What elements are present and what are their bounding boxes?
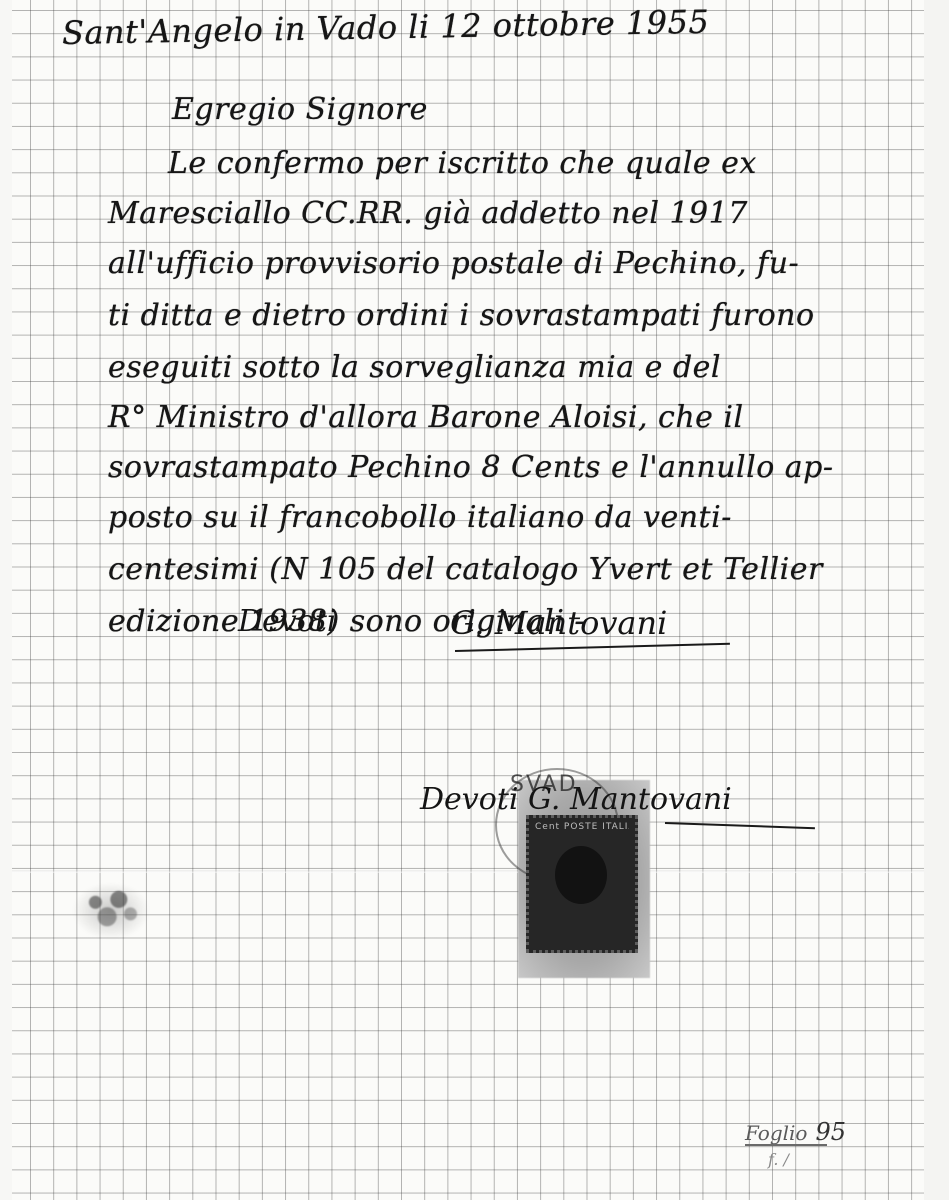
body-line-6: R° Ministro d'allora Barone Aloisi, che … (108, 400, 744, 435)
signature: G. Mantovani (450, 604, 667, 642)
body-line-4: ti ditta e dietro ordini i sovrastampati… (108, 298, 815, 333)
folio-underline (745, 1144, 827, 1146)
body-line-8: posto su il francobollo italiano da vent… (108, 500, 732, 535)
body-line-5: eseguiti sotto la sorveglianza mia e del (108, 350, 721, 385)
second-signature: Devoti G. Mantovani (420, 782, 732, 817)
postage-stamp: Cent POSTE ITALIANE 20 (526, 815, 638, 953)
body-line-7: sovrastampato Pechino 8 Cents e l'annull… (108, 450, 834, 485)
body-line-9: centesimi (N 105 del catalogo Yvert et T… (108, 552, 823, 587)
page-edge (924, 0, 949, 1200)
body-line-3: all'ufficio provvisorio postale di Pechi… (108, 246, 799, 281)
folio-sub-note: f. / (768, 1150, 789, 1169)
stamp-denomination: Cent POSTE ITALIANE 20 (535, 822, 629, 836)
salutation: Egregio Signore (172, 92, 428, 127)
body-line-1: Le confermo per iscritto che quale ex (168, 146, 757, 181)
folio-number: 95 (815, 1118, 846, 1146)
body-line-2: Maresciallo CC.RR. già addetto nel 1917 (108, 196, 748, 231)
closing: Devoti (238, 604, 336, 639)
folio-annotation: Foglio95 (745, 1118, 846, 1146)
ink-stain (72, 882, 150, 940)
paper-fold (12, 870, 924, 873)
folio-label: Foglio (745, 1121, 807, 1145)
stamp-portrait (555, 846, 607, 904)
